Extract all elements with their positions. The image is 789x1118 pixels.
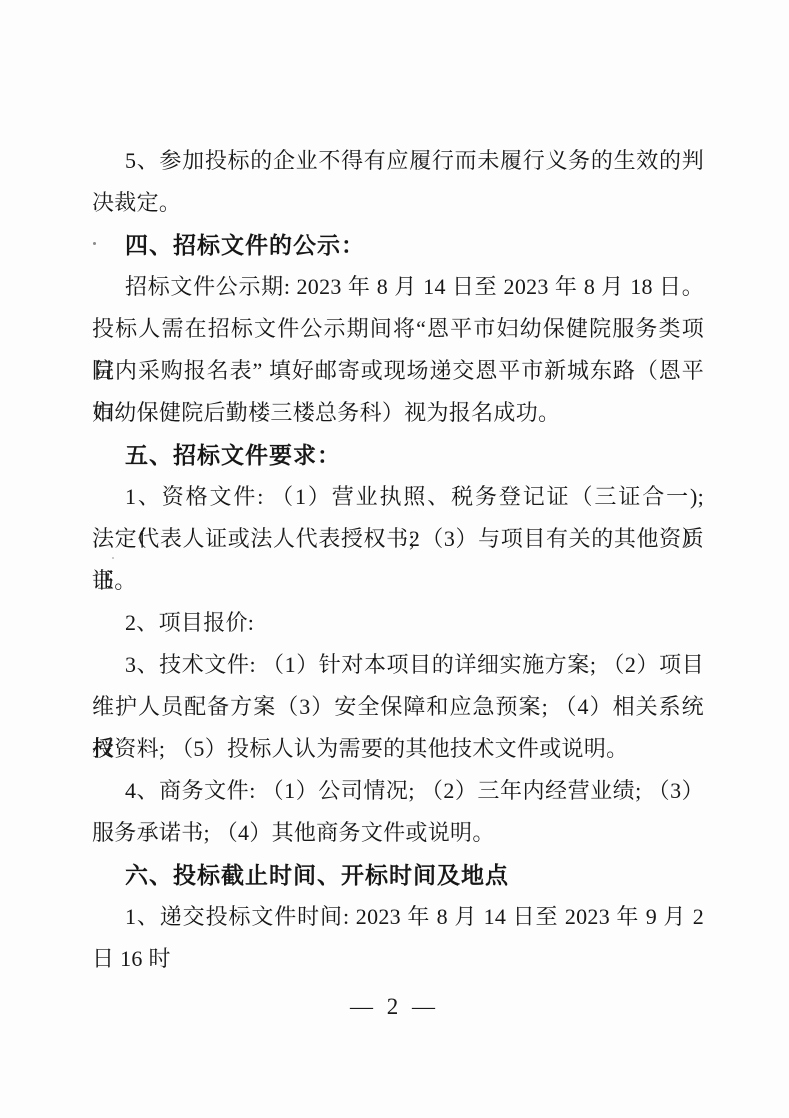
text-line: 院内采购报名表” 填好邮寄或现场递交恩平市新城东路（恩平市	[92, 350, 704, 392]
text-line: 1、递交投标文件时间: 2023 年 8 月 14 日至 2023 年 9 月 …	[92, 896, 704, 938]
text-line: 投标人需在招标文件公示期间将“恩平市妇幼保健院服务类项目	[92, 308, 704, 350]
page-number: — 2 —	[0, 990, 789, 1024]
text-line: 权资料; （5）投标人认为需要的其他技术文件或说明。	[92, 728, 704, 770]
text-line: 服务承诺书; （4）其他商务文件或说明。	[92, 812, 704, 854]
text-line: 2、项目报价:	[92, 602, 704, 644]
text-line: 3、技术文件: （1）针对本项目的详细实施方案; （2）项目	[92, 644, 704, 686]
text-line: 决裁定。	[92, 182, 704, 224]
text-line: 书。	[92, 560, 704, 602]
text-line: 维护人员配备方案（3）安全保障和应急预案; （4）相关系统授	[92, 686, 704, 728]
heading-section-6: 六、投标截止时间、开标时间及地点	[92, 854, 704, 896]
text-line: 招标文件公示期: 2023 年 8 月 14 日至 2023 年 8 月 18 …	[92, 266, 704, 308]
text-line: 日 16 时	[92, 938, 704, 980]
text-line: 5、参加投标的企业不得有应履行而未履行义务的生效的判	[92, 140, 704, 182]
heading-section-5: 五、招标文件要求：	[92, 434, 704, 476]
text-line: 4、商务文件: （1）公司情况; （2）三年内经营业绩; （3）	[92, 770, 704, 812]
text-line: 法定代表人证或法人代表授权书; （3）与项目有关的其他资质证	[92, 518, 704, 560]
document-page: 5、参加投标的企业不得有应履行而未履行义务的生效的判 决裁定。 四、招标文件的公…	[0, 0, 789, 1118]
text-line: 1、资格文件: （1）营业执照、税务登记证（三证合一); （2）	[92, 476, 704, 518]
text-line: 妇幼保健院后勤楼三楼总务科）视为报名成功。	[92, 392, 704, 434]
document-body: 5、参加投标的企业不得有应履行而未履行义务的生效的判 决裁定。 四、招标文件的公…	[92, 140, 704, 980]
heading-section-4: 四、招标文件的公示：	[92, 224, 704, 266]
